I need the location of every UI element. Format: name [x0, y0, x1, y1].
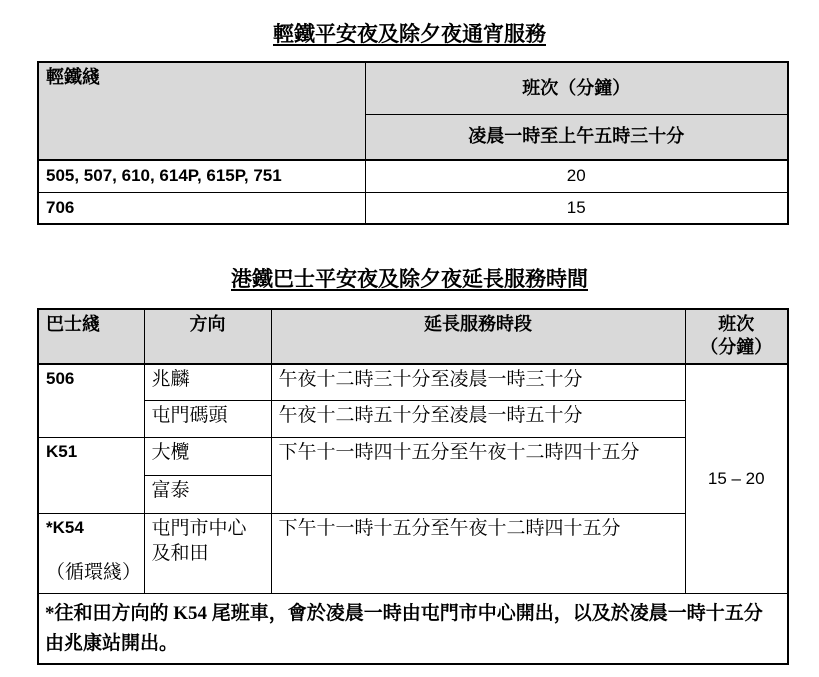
light-rail-title-text: 輕鐵平安夜及除夕夜通宵服務 — [273, 22, 546, 46]
bus-period-cell: 午夜十二時五十分至凌晨一時五十分 — [271, 401, 685, 438]
lr-frequency-cell: 20 — [365, 160, 788, 192]
light-rail-title: 輕鐵平安夜及除夕夜通宵服務 — [0, 0, 819, 48]
bus-direction-header-cell: 方向 — [144, 309, 271, 364]
bus-direction-cell: 富泰 — [144, 476, 271, 514]
mtr-bus-table: 巴士綫 方向 延長服務時段 班次 （分鐘） 506 兆麟 午夜十二時三十分至凌晨… — [37, 308, 789, 665]
bus-direction-cell: 大欖 — [144, 438, 271, 476]
bus-period-cell: 午夜十二時三十分至凌晨一時三十分 — [271, 364, 685, 401]
table-row: 屯門碼頭 午夜十二時五十分至凌晨一時五十分 — [38, 401, 788, 438]
bus-direction-cell: 屯門碼頭 — [144, 401, 271, 438]
table-row: 506 兆麟 午夜十二時三十分至凌晨一時三十分 15 – 20 — [38, 364, 788, 401]
bus-frequency-header-line1: 班次 — [693, 313, 781, 336]
lr-frequency-cell: 15 — [365, 192, 788, 224]
bus-period-cell: 下午十一時四十五分至午夜十二時四十五分 — [271, 438, 685, 514]
lr-line-header-cell: 輕鐵綫 — [38, 62, 365, 160]
lr-routes-cell: 706 — [38, 192, 365, 224]
table-row: 505, 507, 610, 614P, 615P, 751 20 — [38, 160, 788, 192]
bus-period-cell: 下午十一時十五分至午夜十二時四十五分 — [271, 514, 685, 594]
bus-route-cell: 506 — [38, 364, 144, 438]
bus-route-suffix: （循環綫） — [46, 561, 137, 586]
lr-routes-cell: 505, 507, 610, 614P, 615P, 751 — [38, 160, 365, 192]
bus-direction-cell: 兆麟 — [144, 364, 271, 401]
mtr-bus-header-row: 巴士綫 方向 延長服務時段 班次 （分鐘） — [38, 309, 788, 364]
light-rail-table: 輕鐵綫 班次（分鐘） 凌晨一時至上午五時三十分 505, 507, 610, 6… — [37, 61, 789, 225]
footnote-row: *往和田方向的 K54 尾班車，會於凌晨一時由屯門市中心開出，以及於凌晨一時十五… — [38, 594, 788, 664]
bus-footnote-cell: *往和田方向的 K54 尾班車，會於凌晨一時由屯門市中心開出，以及於凌晨一時十五… — [38, 594, 788, 664]
bus-direction-cell: 屯門市中心及和田 — [144, 514, 271, 594]
bus-frequency-header-line2: （分鐘） — [693, 336, 781, 359]
bus-route-number: *K54 — [46, 517, 137, 539]
table-row: 706 15 — [38, 192, 788, 224]
bus-period-header-cell: 延長服務時段 — [271, 309, 685, 364]
light-rail-header-row: 輕鐵綫 班次（分鐘） — [38, 62, 788, 114]
bus-route-cell: *K54 （循環綫） — [38, 514, 144, 594]
mtr-bus-title: 港鐵巴士平安夜及除夕夜延長服務時間 — [0, 225, 819, 293]
table-row: K51 大欖 下午十一時四十五分至午夜十二時四十五分 — [38, 438, 788, 476]
bus-frequency-header-cell: 班次 （分鐘） — [685, 309, 788, 364]
bus-frequency-value-cell: 15 – 20 — [685, 364, 788, 594]
lr-frequency-header-cell: 班次（分鐘） — [365, 62, 788, 114]
bus-route-header-cell: 巴士綫 — [38, 309, 144, 364]
bus-route-cell: K51 — [38, 438, 144, 514]
lr-period-subheader-cell: 凌晨一時至上午五時三十分 — [365, 114, 788, 160]
table-row: *K54 （循環綫） 屯門市中心及和田 下午十一時十五分至午夜十二時四十五分 — [38, 514, 788, 594]
mtr-bus-title-text: 港鐵巴士平安夜及除夕夜延長服務時間 — [231, 267, 588, 291]
document-page: 輕鐵平安夜及除夕夜通宵服務 輕鐵綫 班次（分鐘） 凌晨一時至上午五時三十分 50… — [0, 0, 819, 677]
